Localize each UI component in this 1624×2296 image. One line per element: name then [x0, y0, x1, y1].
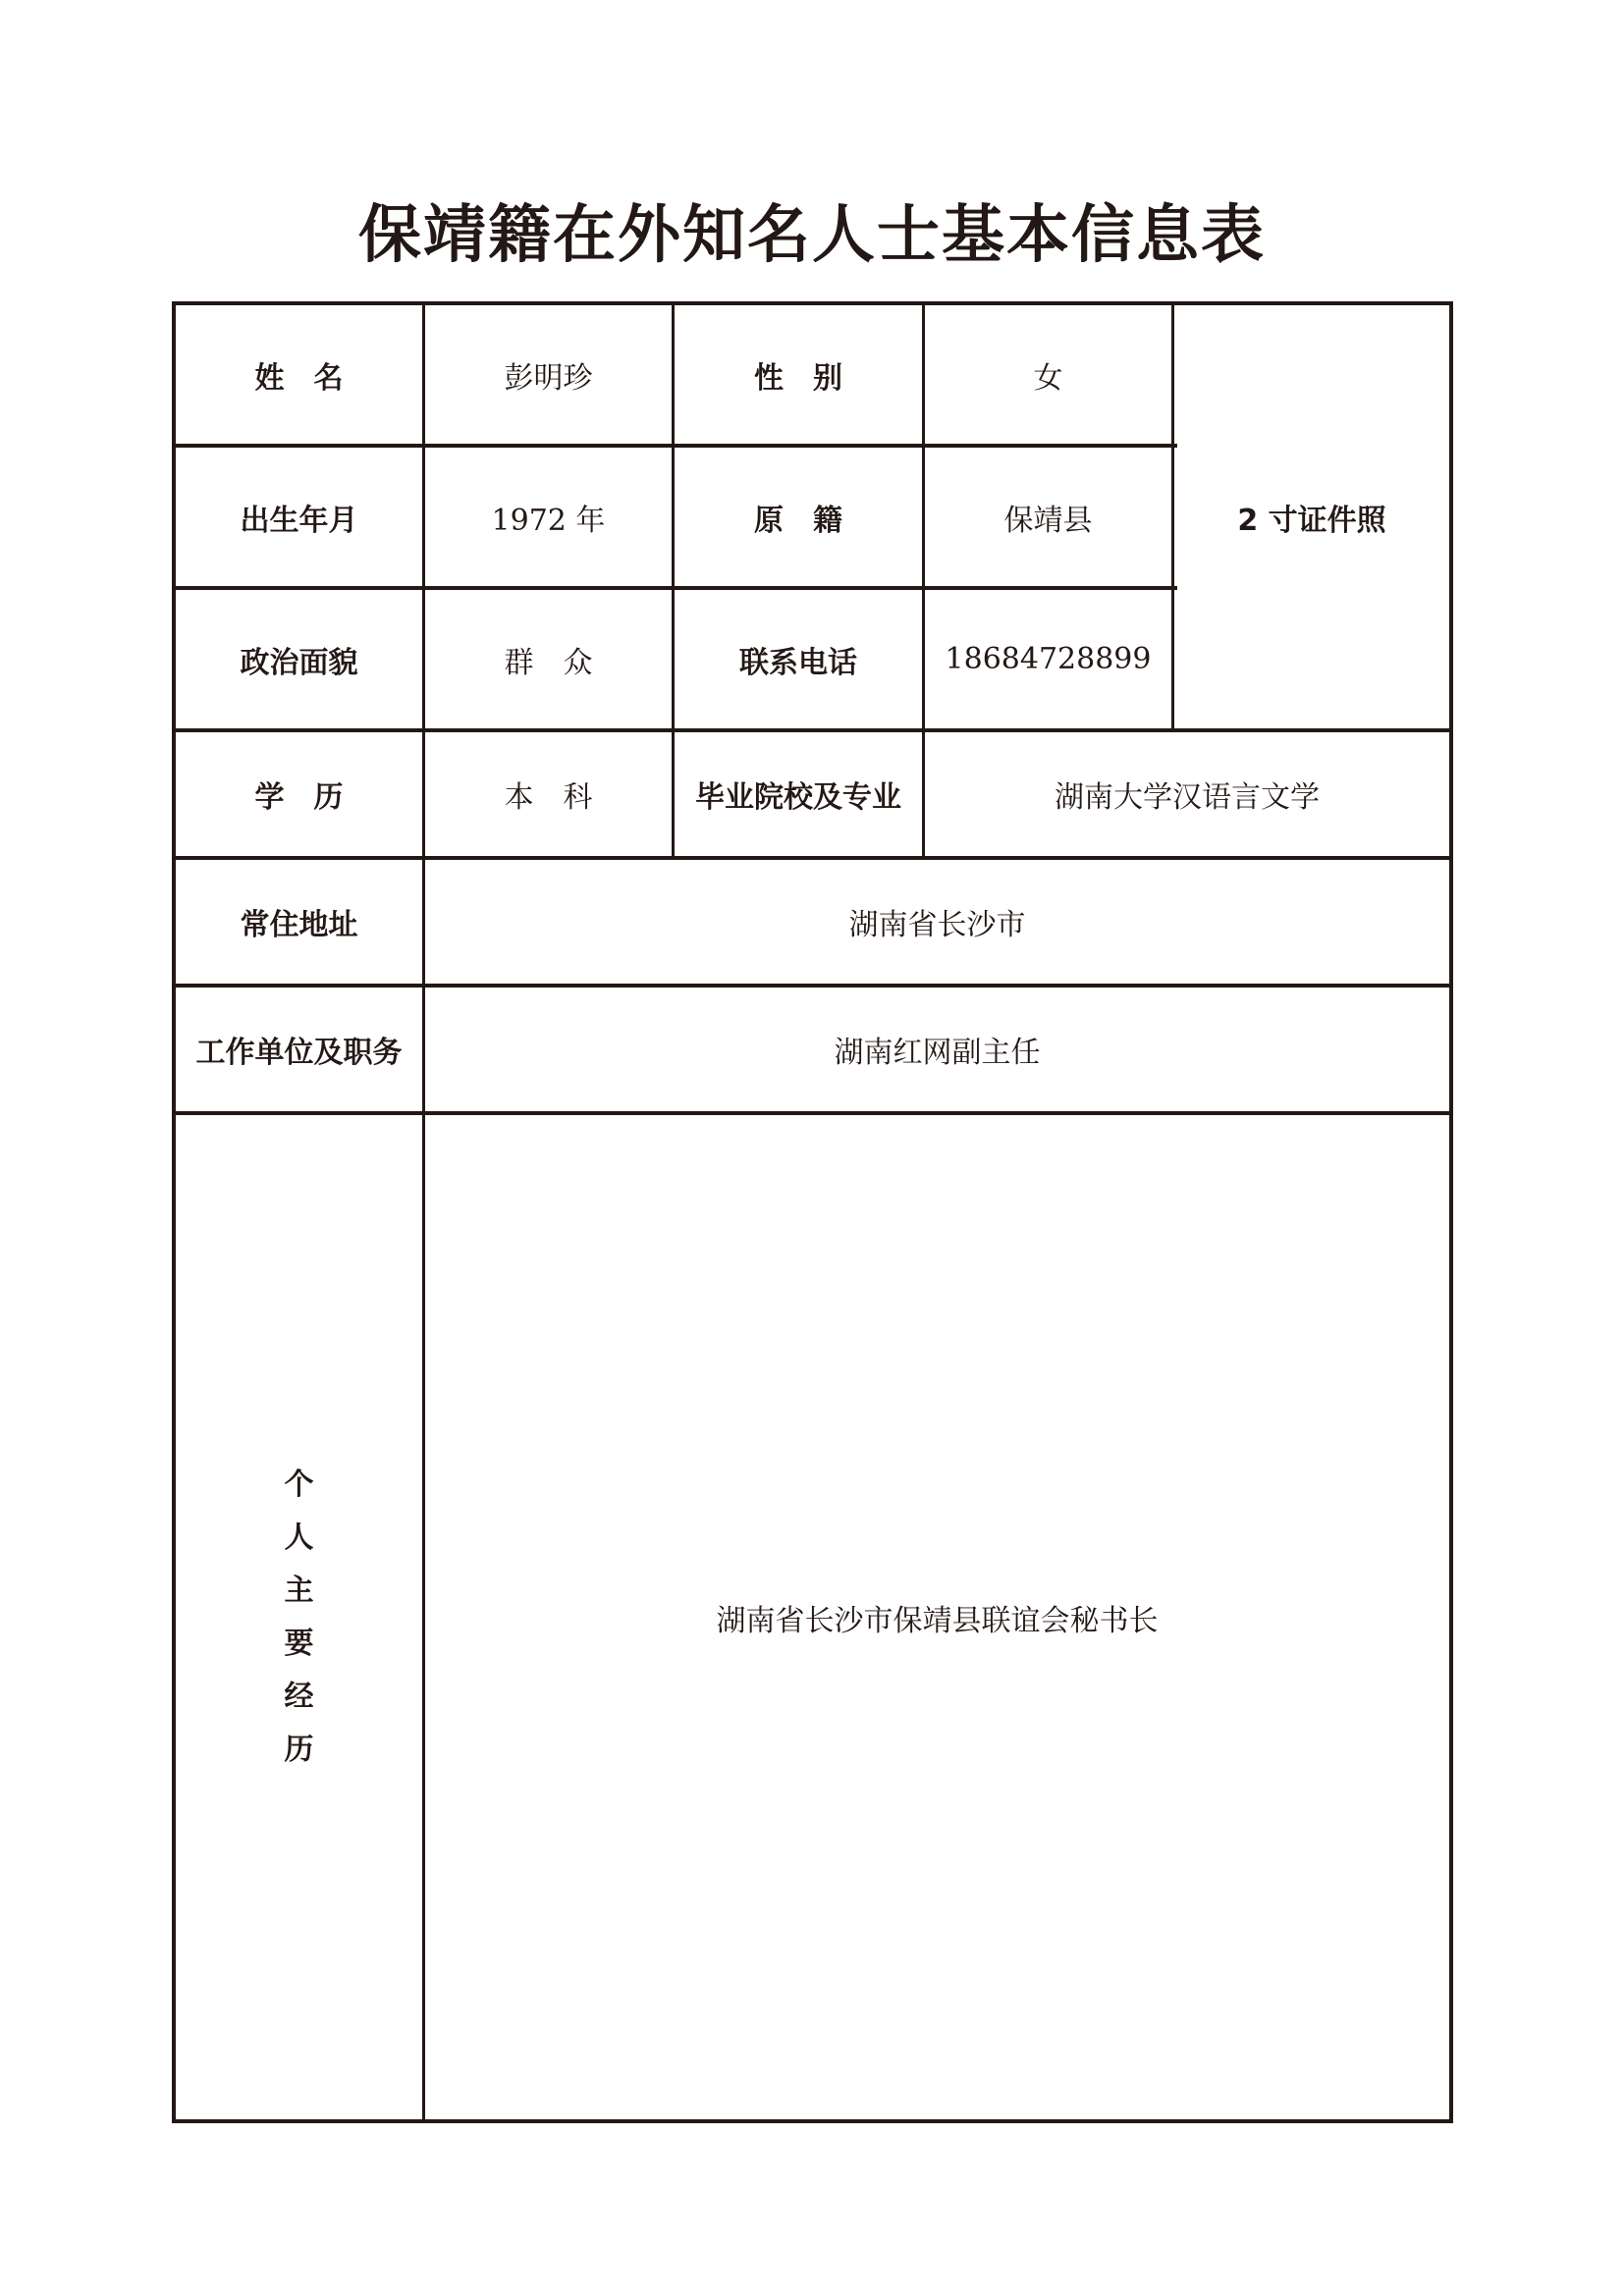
- work-value: 湖南红网副主任: [425, 988, 1449, 1111]
- experience-label-char: 个: [285, 1470, 314, 1500]
- gender-value: 女: [925, 305, 1171, 444]
- photo-placeholder: 2 寸证件照: [1174, 305, 1449, 728]
- name-label: 姓 名: [176, 305, 422, 444]
- experience-label-char: 要: [285, 1629, 314, 1659]
- experience-label-char: 主: [285, 1576, 314, 1606]
- document-title: 保靖籍在外知名人士基本信息表: [0, 185, 1624, 275]
- experience-label-char: 历: [285, 1735, 314, 1765]
- education-value: 本 科: [425, 732, 672, 856]
- work-label: 工作单位及职务: [176, 988, 422, 1111]
- experience-label-char: 经: [285, 1682, 314, 1712]
- experience-value: 湖南省长沙市保靖县联谊会秘书长: [425, 1115, 1449, 2119]
- info-table: 姓 名 彭明珍 性 别 女 2 寸证件照 出生年月 1972 年 原 籍 保靖县…: [172, 301, 1453, 2123]
- origin-label: 原 籍: [675, 448, 922, 586]
- name-value: 彭明珍: [425, 305, 672, 444]
- address-value: 湖南省长沙市: [425, 860, 1449, 984]
- experience-label-char: 人: [285, 1523, 314, 1553]
- birth-label: 出生年月: [176, 448, 422, 586]
- education-label: 学 历: [176, 732, 422, 856]
- politics-value: 群 众: [425, 590, 672, 728]
- phone-value: 18684728899: [925, 590, 1171, 728]
- school-label: 毕业院校及专业: [675, 732, 922, 856]
- gender-label: 性 别: [675, 305, 922, 444]
- phone-label: 联系电话: [675, 590, 922, 728]
- politics-label: 政治面貌: [176, 590, 422, 728]
- school-value: 湖南大学汉语言文学: [925, 732, 1449, 856]
- origin-value: 保靖县: [925, 448, 1171, 586]
- experience-label: 个 人 主 要 经 历: [176, 1115, 422, 2119]
- address-label: 常住地址: [176, 860, 422, 984]
- birth-value: 1972 年: [425, 448, 672, 586]
